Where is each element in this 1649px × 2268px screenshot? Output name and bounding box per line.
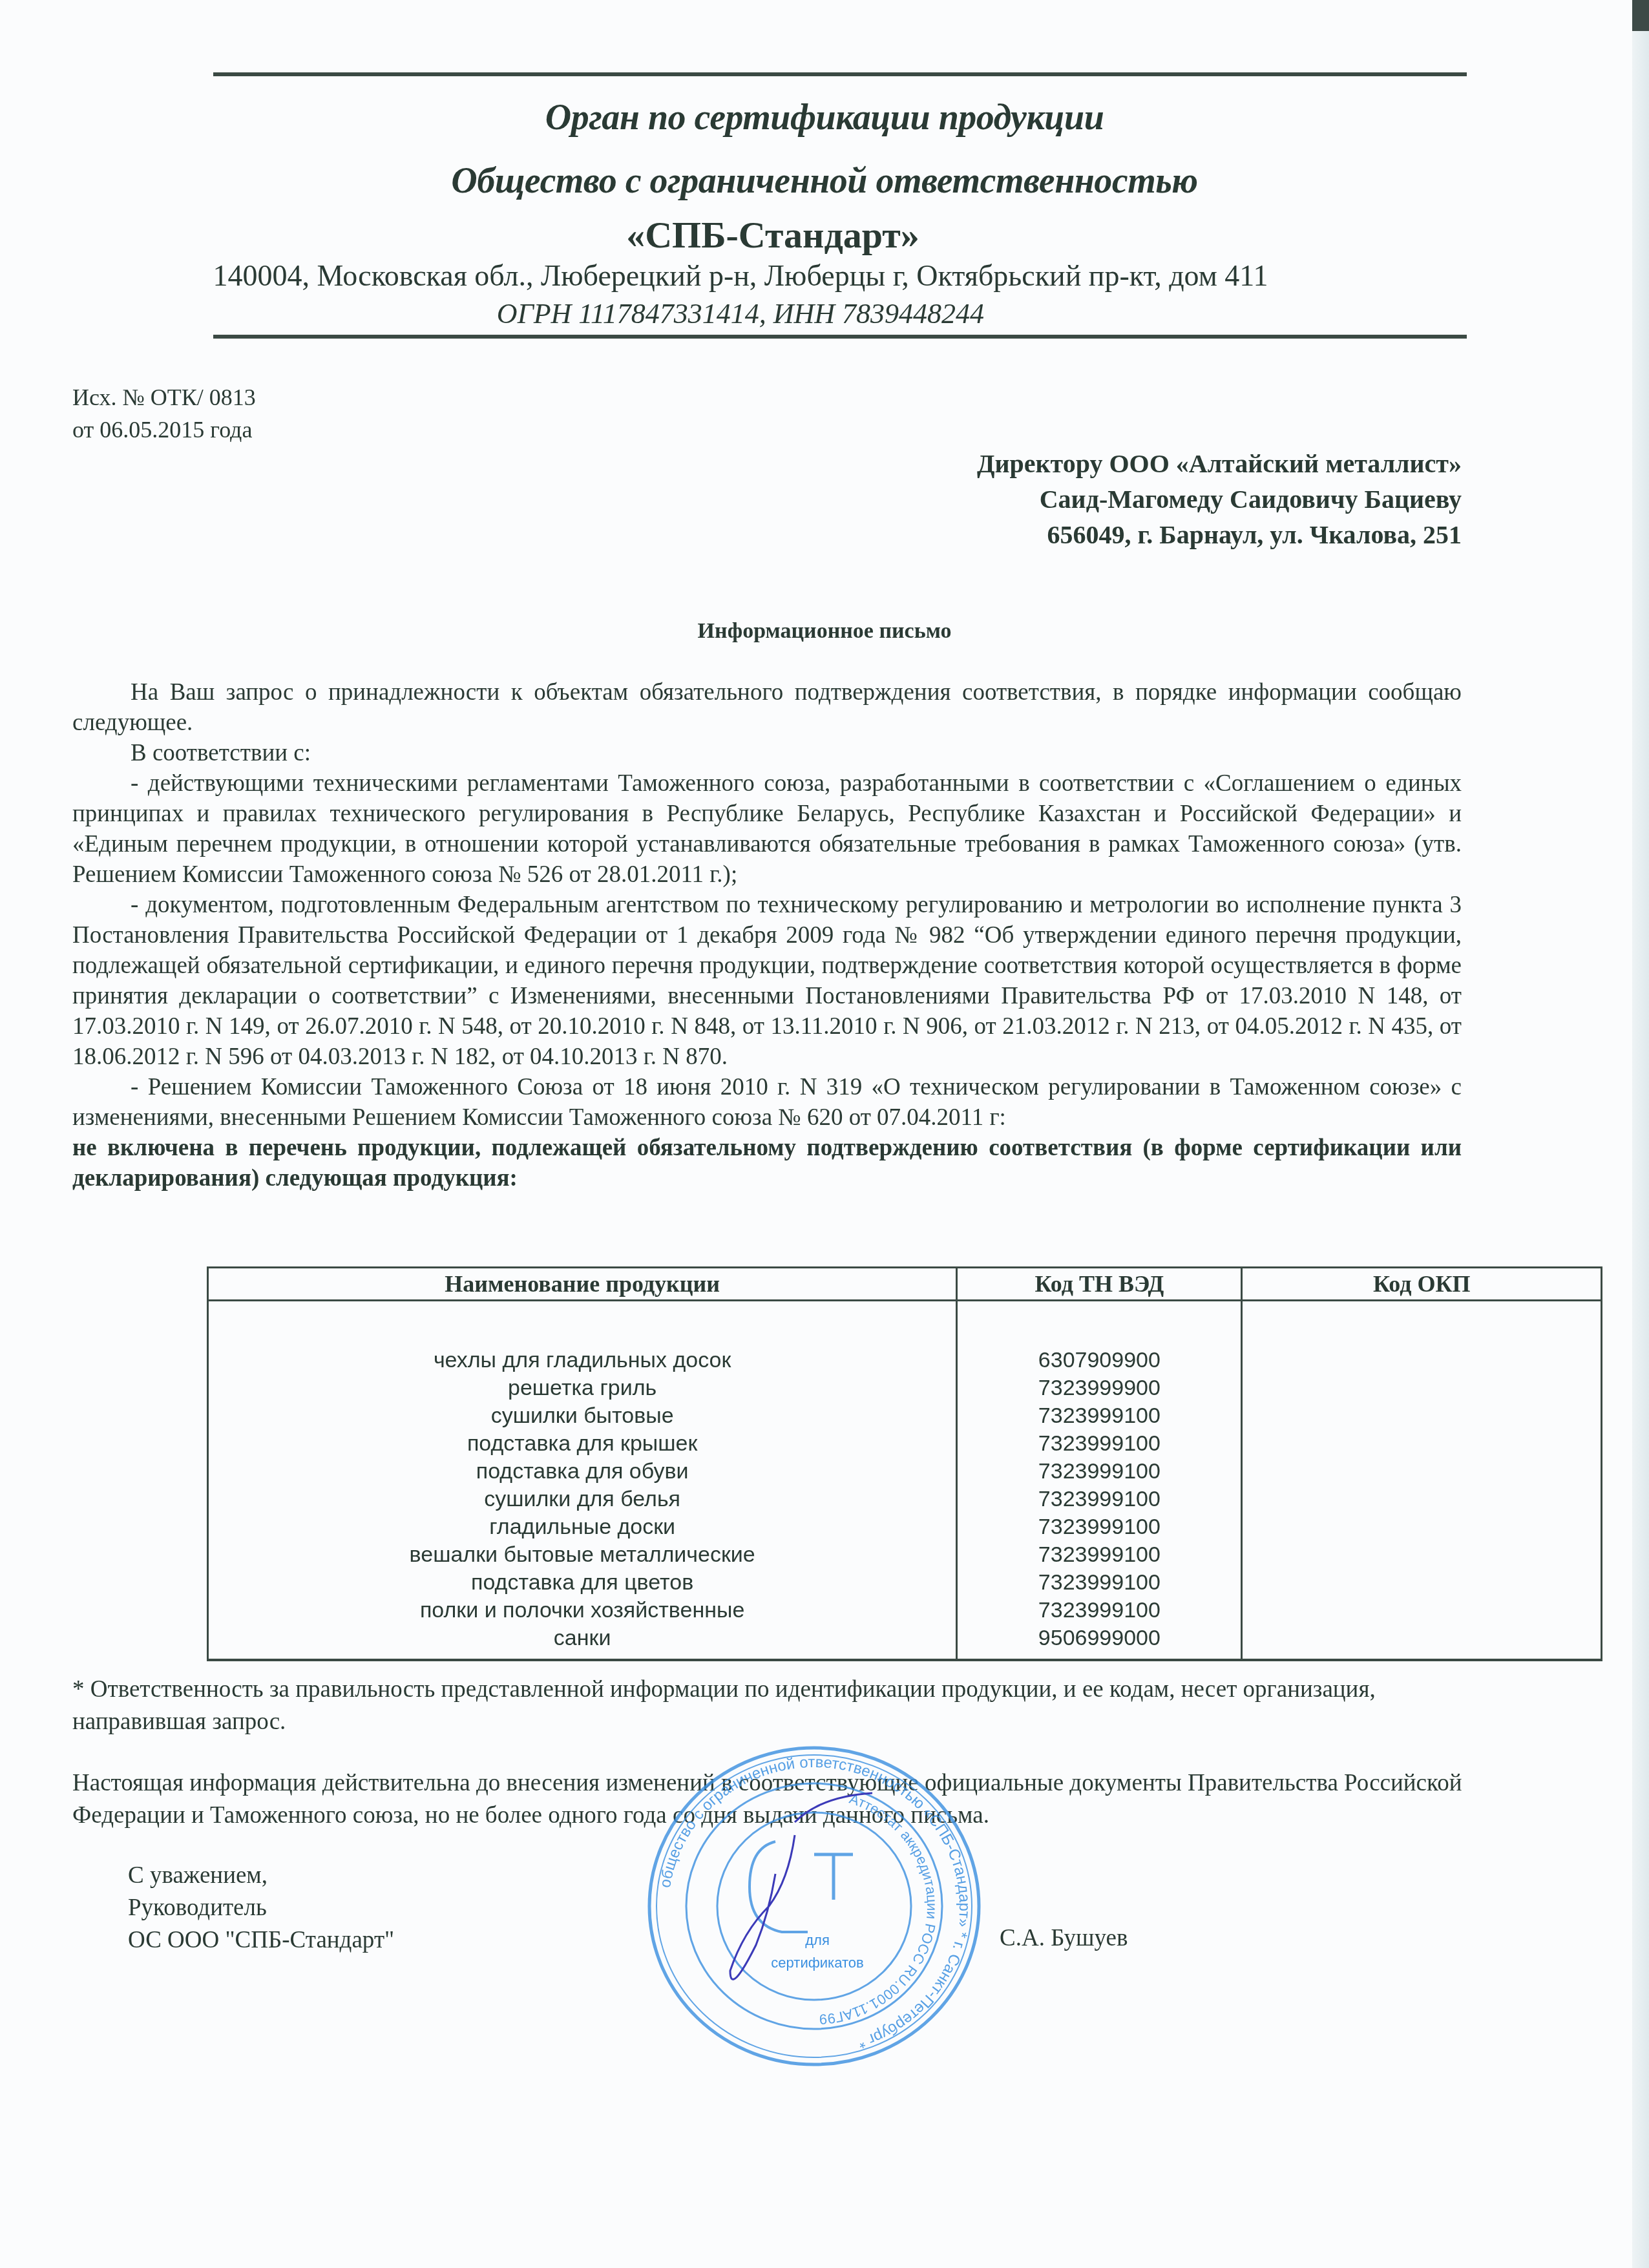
body-item-1: - действующими техническими регламентами… xyxy=(72,768,1462,890)
table-row: чехлы для гладильных досок6307909900 xyxy=(208,1347,1602,1374)
letter-title: Информационное письмо xyxy=(0,619,1649,644)
table-row: подставка для крышек7323999100 xyxy=(208,1430,1602,1458)
table-row: гладильные доски7323999100 xyxy=(208,1513,1602,1541)
product-name-cell: гладильные доски xyxy=(208,1513,957,1541)
tnved-code-cell: 7323999100 xyxy=(957,1458,1242,1486)
letterhead-company: «СПБ-Стандарт» xyxy=(0,213,1597,257)
products-table: Наименование продукции Код ТН ВЭД Код ОК… xyxy=(207,1266,1602,1661)
letterhead-line2: Общество с ограниченной ответственностью xyxy=(0,160,1649,202)
product-name-cell: чехлы для гладильных досок xyxy=(208,1347,957,1374)
table-row: сушилки бытовые7323999100 xyxy=(208,1402,1602,1430)
body-according: В соответствии с: xyxy=(72,738,1462,768)
stamp-center-bottom: сертификатов xyxy=(771,1955,863,1971)
outgoing-date: от 06.05.2015 года xyxy=(72,414,256,446)
letterhead-line1: Орган по сертификации продукции xyxy=(0,97,1649,138)
table-row: полки и полочки хозяйственные7323999100 xyxy=(208,1597,1602,1624)
signer-name: С.А. Бушуев xyxy=(1000,1924,1128,1952)
letterhead-address: 140004, Московская обл., Люберецкий р-н,… xyxy=(0,258,1565,293)
stamp-center-top: для xyxy=(805,1932,830,1948)
product-name-cell: сушилки для белья xyxy=(208,1486,957,1513)
closing-organization: ОС ООО "СПБ-Стандарт" xyxy=(128,1924,394,1957)
product-name-cell: вешалки бытовые металлические xyxy=(208,1541,957,1569)
table-row: подставка для цветов7323999100 xyxy=(208,1569,1602,1597)
addressee-line1: Директору ООО «Алтайский металлист» xyxy=(977,446,1462,481)
footnote: * Ответственность за правильность предст… xyxy=(72,1674,1494,1738)
body-intro: На Ваш запрос о принадлежности к объекта… xyxy=(72,677,1462,738)
header-tnved-code: Код ТН ВЭД xyxy=(957,1268,1242,1301)
table-row: решетка гриль7323999900 xyxy=(208,1374,1602,1402)
addressee-block: Директору ООО «Алтайский металлист» Саид… xyxy=(977,446,1462,552)
okp-code-cell xyxy=(1242,1347,1602,1374)
okp-code-cell xyxy=(1242,1597,1602,1624)
okp-code-cell xyxy=(1242,1513,1602,1541)
outgoing-number: Исх. № ОТК/ 0813 xyxy=(72,381,256,414)
table-spacer-row xyxy=(208,1301,1602,1347)
table-row: сушилки для белья7323999100 xyxy=(208,1486,1602,1513)
product-name-cell: подставка для обуви xyxy=(208,1458,957,1486)
okp-code-cell xyxy=(1242,1402,1602,1430)
tnved-code-cell: 7323999100 xyxy=(957,1541,1242,1569)
product-name-cell: решетка гриль xyxy=(208,1374,957,1402)
header-okp-code: Код ОКП xyxy=(1242,1268,1602,1301)
tnved-code-cell: 7323999100 xyxy=(957,1597,1242,1624)
table-row: санки9506999000 xyxy=(208,1624,1602,1660)
closing-position: Руководитель xyxy=(128,1892,394,1924)
letter-body: На Ваш запрос о принадлежности к объекта… xyxy=(72,677,1462,1193)
tnved-code-cell: 7323999100 xyxy=(957,1513,1242,1541)
product-name-cell: сушилки бытовые xyxy=(208,1402,957,1430)
body-item-3: - Решением Комиссии Таможенного Союза от… xyxy=(72,1072,1462,1133)
okp-code-cell xyxy=(1242,1486,1602,1513)
official-stamp: общество с ограниченной ответственностью… xyxy=(646,1745,982,2068)
tnved-code-cell: 9506999000 xyxy=(957,1624,1242,1660)
okp-code-cell xyxy=(1242,1569,1602,1597)
closing-regards: С уважением, xyxy=(128,1860,394,1892)
tnved-code-cell: 7323999100 xyxy=(957,1486,1242,1513)
table-row: подставка для обуви7323999100 xyxy=(208,1458,1602,1486)
product-name-cell: полки и полочки хозяйственные xyxy=(208,1597,957,1624)
header-product-name: Наименование продукции xyxy=(208,1268,957,1301)
product-name-cell: подставка для крышек xyxy=(208,1430,957,1458)
tnved-code-cell: 7323999100 xyxy=(957,1569,1242,1597)
signature-mark xyxy=(730,1793,872,1979)
tnved-code-cell: 6307909900 xyxy=(957,1347,1242,1374)
tnved-code-cell: 7323999100 xyxy=(957,1430,1242,1458)
tnved-code-cell: 7323999900 xyxy=(957,1374,1242,1402)
okp-code-cell xyxy=(1242,1430,1602,1458)
outgoing-reference: Исх. № ОТК/ 0813 от 06.05.2015 года xyxy=(72,381,256,446)
tnved-code-cell: 7323999100 xyxy=(957,1402,1242,1430)
okp-code-cell xyxy=(1242,1541,1602,1569)
product-name-cell: подставка для цветов xyxy=(208,1569,957,1597)
product-name-cell: санки xyxy=(208,1624,957,1660)
okp-code-cell xyxy=(1242,1458,1602,1486)
table-row: вешалки бытовые металлические7323999100 xyxy=(208,1541,1602,1569)
body-item-2: - документом, подготовленным Федеральным… xyxy=(72,890,1462,1072)
okp-code-cell xyxy=(1242,1624,1602,1660)
table-header-row: Наименование продукции Код ТН ВЭД Код ОК… xyxy=(208,1268,1602,1301)
okp-code-cell xyxy=(1242,1374,1602,1402)
svg-text:Аттестат аккредитации РОСС RU.: Аттестат аккредитации РОСС RU.0001.11АГ9… xyxy=(819,1790,940,2028)
stamp-inner-text: Аттестат аккредитации РОСС RU.0001.11АГ9… xyxy=(819,1790,940,2028)
scan-edge-mark xyxy=(1632,0,1649,31)
header-rule-top xyxy=(213,72,1467,76)
addressee-line3: 656049, г. Барнаул, ул. Чкалова, 251 xyxy=(977,517,1462,552)
scan-edge xyxy=(1632,0,1649,2268)
header-rule-bottom xyxy=(213,335,1467,339)
body-conclusion: не включена в перечень продукции, подлеж… xyxy=(72,1133,1462,1193)
closing-block: С уважением, Руководитель ОС ООО "СПБ-Ст… xyxy=(128,1860,394,1957)
letterhead-registration: ОГРН 1117847331414, ИНН 7839448244 xyxy=(0,297,1565,330)
addressee-line2: Саид-Магомеду Саидовичу Бациеву xyxy=(977,481,1462,517)
